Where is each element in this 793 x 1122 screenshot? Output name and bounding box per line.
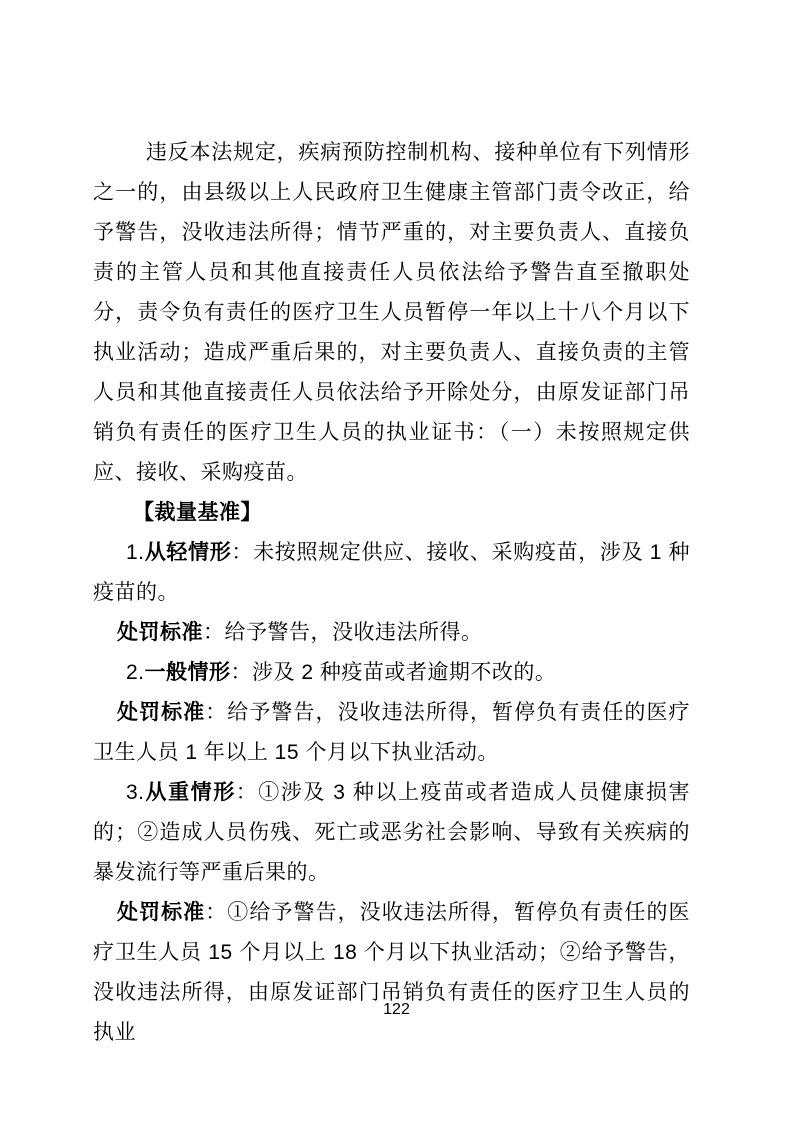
item-text: ：涉及 2 种疫苗或者逾期不改的。 — [231, 661, 557, 684]
paragraph-penalty-provision: 违反本法规定，疾病预防控制机构、接种单位有下列情形之一的，由县级以上人民政府卫生… — [93, 133, 690, 493]
paragraph-penalty-standard-1: 处罚标准：给予警告，没收违法所得。 — [93, 613, 690, 653]
paragraph-penalty-standard-2: 处罚标准：给予警告，没收违法所得，暂停负有责任的医疗卫生人员 1 年以上 15 … — [93, 693, 690, 773]
standard-label: 处罚标准 — [117, 901, 205, 924]
standard-label: 处罚标准 — [117, 621, 203, 644]
paragraph-item-3-aggravated: 3.从重情形：①涉及 3 种以上疫苗或者造成人员健康损害的；②造成人员伤残、死亡… — [93, 773, 690, 893]
text-run: 违反本法规定，疾病预防控制机构、接种单位有下列情形之一的，由县级以上人民政府卫生… — [93, 141, 690, 484]
paragraph-item-2-general: 2.一般情形：涉及 2 种疫苗或者逾期不改的。 — [93, 653, 690, 693]
page-number: 122 — [0, 1000, 793, 1020]
item-label: 一般情形 — [145, 661, 231, 684]
paragraph-item-1-lenient: 1.从轻情形：未按照规定供应、接收、采购疫苗，涉及 1 种疫苗的。 — [93, 533, 690, 613]
item-label: 从轻情形 — [145, 541, 232, 564]
heading-discretion-benchmark: 【裁量基准】 — [93, 493, 690, 533]
standard-text: ：给予警告，没收违法所得。 — [203, 621, 483, 644]
item-label: 从重情形 — [145, 781, 236, 804]
standard-label: 处罚标准 — [117, 701, 205, 724]
document-page: 违反本法规定，疾病预防控制机构、接种单位有下列情形之一的，由县级以上人民政府卫生… — [0, 0, 793, 1122]
item-number: 2. — [126, 661, 145, 684]
item-number: 1. — [126, 541, 145, 564]
document-body: 违反本法规定，疾病预防控制机构、接种单位有下列情形之一的，由县级以上人民政府卫生… — [93, 133, 690, 1053]
paragraph-penalty-standard-3: 处罚标准：①给予警告，没收违法所得，暂停负有责任的医疗卫生人员 15 个月以上 … — [93, 893, 690, 1053]
heading-text: 【裁量基准】 — [133, 501, 262, 524]
item-number: 3. — [126, 781, 145, 804]
